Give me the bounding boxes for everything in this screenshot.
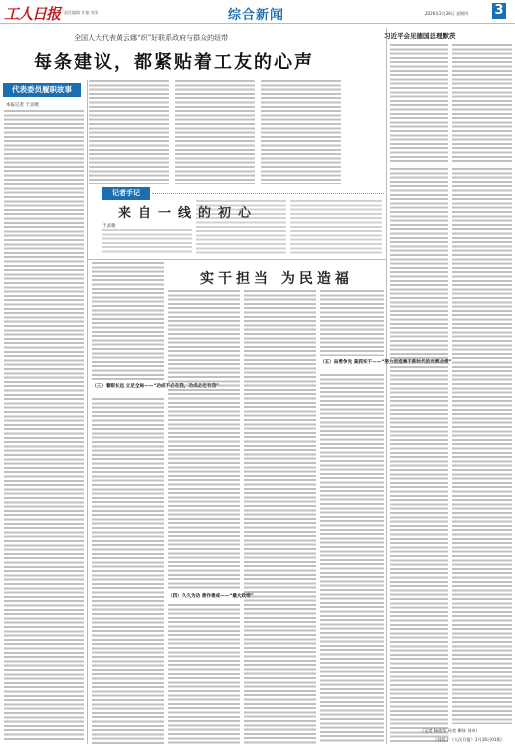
main-story-column-1 bbox=[4, 110, 84, 742]
feature-story-column-2 bbox=[168, 290, 240, 590]
dotted-divider bbox=[152, 193, 384, 194]
column-divider bbox=[87, 80, 88, 744]
newspaper-logo: 工人日报 bbox=[4, 3, 60, 24]
reporter-note-column-1 bbox=[102, 229, 192, 255]
feature-story-headline: 实干担当 为民造福 bbox=[200, 268, 353, 288]
feature-subhead-4: （四）久久为功 善作善成——“最大政绩” bbox=[168, 594, 254, 600]
main-story-column-2 bbox=[89, 80, 169, 184]
feature-story-column-1b bbox=[92, 398, 164, 744]
feature-story-column-1 bbox=[92, 262, 164, 382]
feature-story-column-6 bbox=[452, 168, 512, 724]
feature-story-column-4b bbox=[320, 374, 384, 744]
reporter-note-column-3 bbox=[290, 200, 382, 255]
continued-note: （刊发于《人民日报》2月26日01版） bbox=[433, 737, 505, 743]
editor-credits: 责任编辑 许童 刘亚 bbox=[64, 10, 99, 16]
feature-story-column-4 bbox=[320, 290, 384, 356]
feature-story-column-5 bbox=[390, 168, 448, 744]
section-title: 综合新闻 bbox=[228, 4, 284, 23]
main-story-headline: 每条建议，都紧贴着工友的心声 bbox=[34, 48, 314, 74]
main-story-column-3 bbox=[175, 80, 255, 184]
sidebar-story-title: 习近平会见德国总理默茨 bbox=[384, 31, 456, 40]
main-story-column-4 bbox=[261, 80, 341, 184]
story-credit: （记者 杨依军 孙奕 柳丝 刘卓） bbox=[420, 728, 480, 734]
masthead: 工人日报 责任编辑 许童 刘亚 综合新闻 2026年2月26日 星期四 3 bbox=[0, 0, 515, 24]
main-story-kicker: 全国人大代表黄云娜“织”好联系政府与群众的纽带 bbox=[74, 33, 228, 43]
reporter-note-column-2 bbox=[196, 200, 286, 255]
sidebar-story-column-2 bbox=[452, 44, 512, 164]
page-number-badge: 3 bbox=[492, 3, 506, 19]
issue-date: 2026年2月26日 星期四 bbox=[425, 11, 468, 17]
feature-story-column-3 bbox=[244, 290, 316, 744]
column-tag: 代表委员履职故事 bbox=[3, 83, 81, 97]
reporter-note-tag: 记者手记 bbox=[102, 187, 150, 200]
main-story-byline: 本报记者 于灵歌 bbox=[6, 102, 39, 108]
column-divider bbox=[386, 28, 387, 744]
sidebar-story-column-1 bbox=[390, 44, 448, 164]
feature-story-column-2b bbox=[168, 604, 240, 744]
section-divider bbox=[88, 259, 386, 260]
